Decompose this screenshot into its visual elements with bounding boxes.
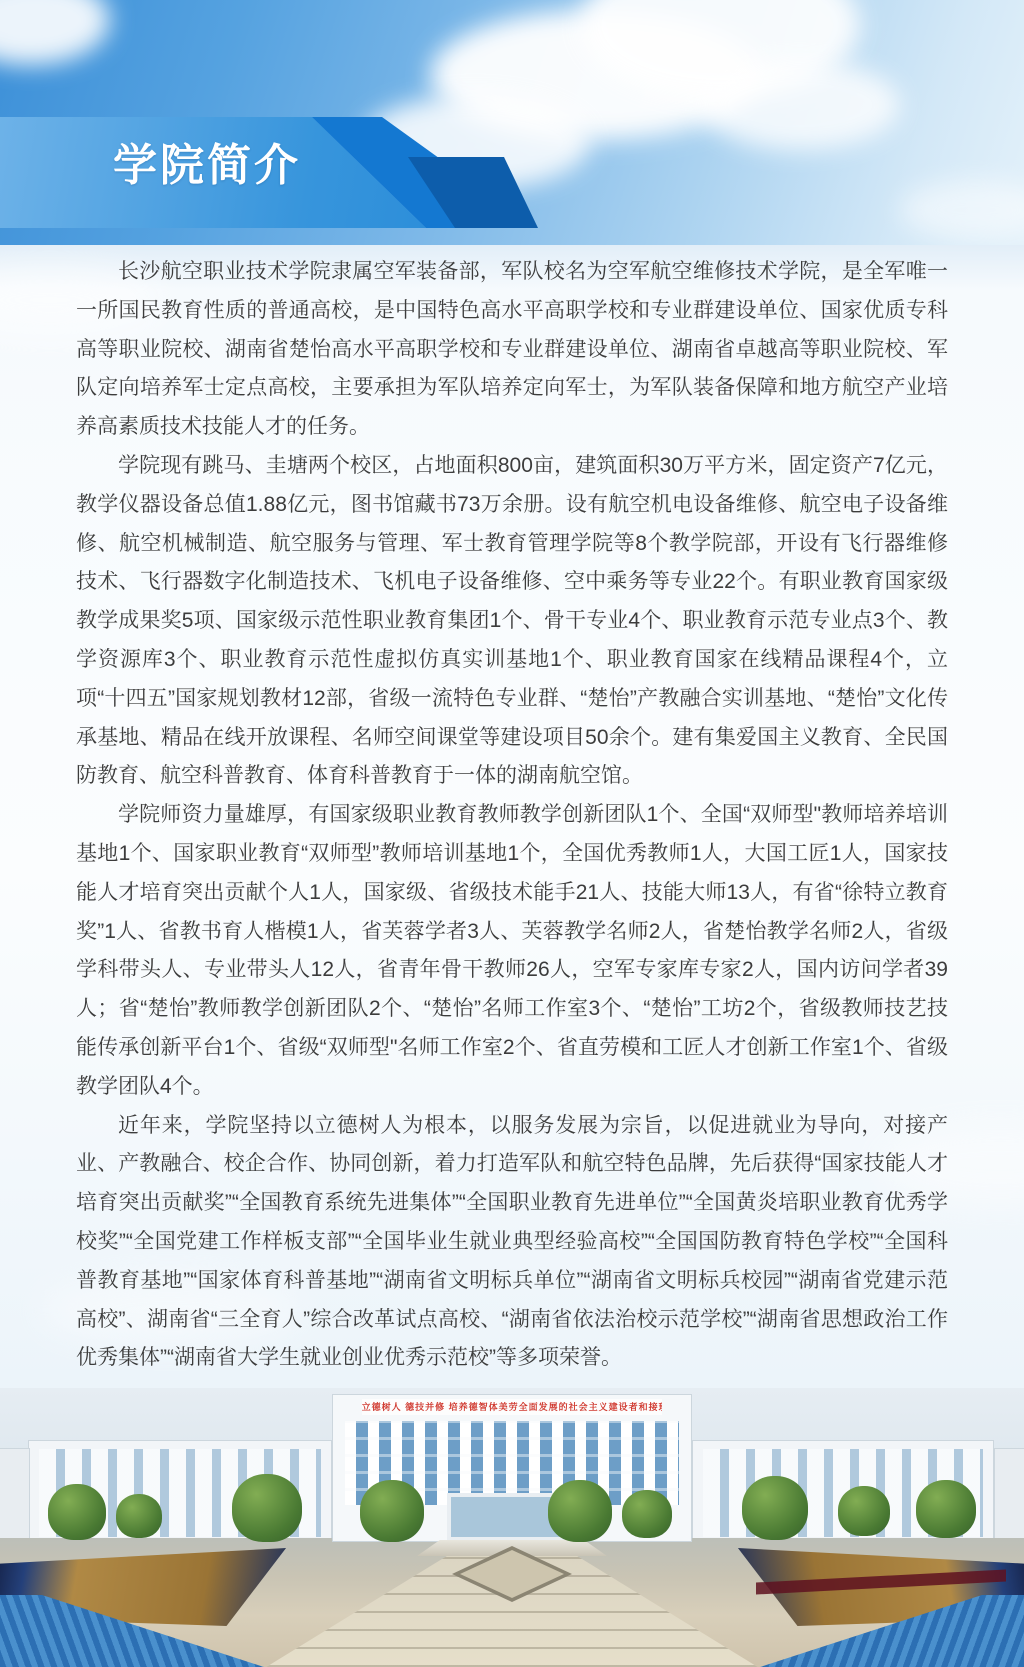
paragraph-overview: 长沙航空职业技术学院隶属空军装备部，军队校名为空军航空维修技术学院，是全军唯一一… xyxy=(76,253,948,447)
paragraph-campus-facts: 学院现有跳马、圭塘两个校区，占地面积800亩，建筑面积30万平方米，固定资产7亿… xyxy=(76,447,948,796)
cloud-shape xyxy=(900,180,1024,240)
tree xyxy=(742,1476,808,1540)
cloud-shape xyxy=(700,60,900,150)
paragraph-faculty: 学院师资力量雄厚，有国家级职业教育教师教学创新团队1个、全国“双师型"教师培养培… xyxy=(76,796,948,1106)
page-title: 学院简介 xyxy=(113,144,301,188)
building-slogan-banner: 立德树人 德技并修 培养德智体美劳全面发展的社会主义建设者和接班人 xyxy=(362,1399,663,1415)
tree xyxy=(232,1474,302,1542)
tree xyxy=(916,1480,976,1538)
cloud-shape xyxy=(0,0,110,65)
paragraph-honors: 近年来，学院坚持以立德树人为根本，以服务发展为宗旨，以促进就业为导向，对接产业、… xyxy=(76,1107,948,1379)
title-banner: 学院简介 xyxy=(0,117,620,228)
tree xyxy=(838,1486,890,1536)
campus-photo: 立德树人 德技并修 培养德智体美劳全面发展的社会主义建设者和接班人 xyxy=(0,1388,1024,1667)
tree xyxy=(360,1480,424,1542)
tree xyxy=(116,1494,162,1538)
tree xyxy=(48,1484,106,1540)
content-area: 长沙航空职业技术学院隶属空军装备部，军队校名为空军航空维修技术学院，是全军唯一一… xyxy=(0,245,1024,1388)
brochure-page: 学院简介 长沙航空职业技术学院隶属空军装备部，军队校名为空军航空维修技术学院，是… xyxy=(0,0,1024,1667)
introduction-article: 长沙航空职业技术学院隶属空军装备部，军队校名为空军航空维修技术学院，是全军唯一一… xyxy=(76,253,948,1378)
far-right-building xyxy=(994,1448,1024,1548)
tree xyxy=(548,1480,612,1542)
far-left-building xyxy=(0,1448,30,1548)
tree xyxy=(622,1490,672,1538)
